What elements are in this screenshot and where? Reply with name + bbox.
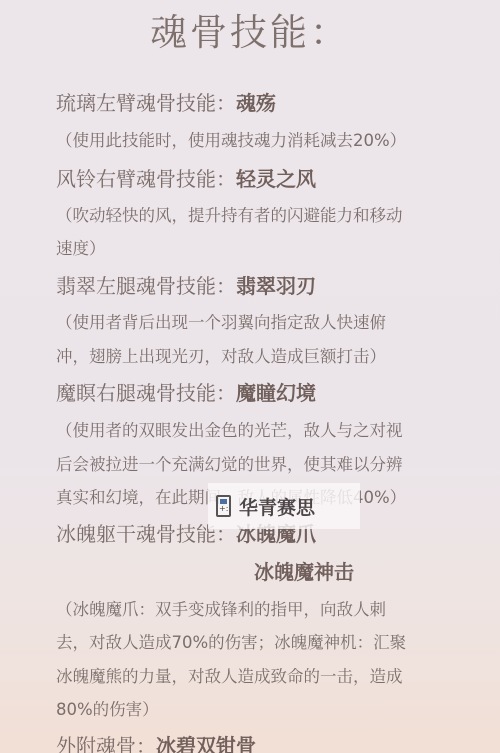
skill-name: 魔瞳幻境 — [236, 381, 316, 405]
skill-desc-line: （使用者的双眼发出金色的光芒，敌人与之对视 — [56, 417, 403, 441]
skill-heading: 琉璃左臂魂骨技能：魂殇 — [56, 87, 276, 116]
bone-label: 翡翠左腿魂骨技能： — [56, 274, 236, 298]
skill-desc-line: （使用者背后出现一个羽翼向指定敌人快速俯 — [56, 309, 386, 333]
skill-name: 冰碧双钳骨 — [156, 734, 256, 753]
skill-name: 魂殇 — [236, 91, 276, 115]
skill-heading-continued: 冰魄魔神击 — [254, 556, 354, 585]
skill-name: 翡翠羽刃 — [236, 274, 316, 298]
gameboy-icon — [216, 495, 231, 517]
skill-name: 冰魄魔神击 — [254, 560, 354, 584]
bone-label: 魔瞑右腿魂骨技能： — [56, 381, 236, 405]
skill-name: 轻灵之风 — [236, 167, 316, 191]
bone-label: 外附魂骨： — [56, 734, 156, 753]
skill-desc-line: （冰魄魔爪：双手变成锋利的指甲，向敌人刺 — [56, 596, 386, 620]
watermark: 华青赛思 — [208, 483, 360, 529]
skill-heading: 风铃右臂魂骨技能：轻灵之风 — [56, 163, 316, 192]
skill-desc-line: （吹动轻快的风，提升持有者的闪避能力和移动 — [56, 202, 403, 226]
skill-desc-line: 速度） — [56, 235, 106, 259]
skill-desc-line: 80%的伤害） — [56, 696, 159, 720]
skill-heading: 魔瞑右腿魂骨技能：魔瞳幻境 — [56, 377, 316, 406]
bone-label: 琉璃左臂魂骨技能： — [56, 91, 236, 115]
skill-desc-line: 冰魄魔熊的力量，对敌人造成致命的一击，造成 — [56, 663, 403, 687]
watermark-text: 华青赛思 — [239, 493, 315, 520]
skill-heading: 翡翠左腿魂骨技能：翡翠羽刃 — [56, 270, 316, 299]
bone-label: 风铃右臂魂骨技能： — [56, 167, 236, 191]
skill-heading: 外附魂骨：冰碧双钳骨 — [56, 730, 256, 753]
skill-desc-line: （使用此技能时，使用魂技魂力消耗减去20%） — [56, 127, 406, 151]
skill-desc-line: 冲，翅膀上出现光刃，对敌人造成巨额打击） — [56, 343, 386, 367]
skill-desc-line: 后会被拉进一个充满幻觉的世界，使其难以分辨 — [56, 451, 403, 475]
page-title: 魂骨技能： — [0, 2, 500, 56]
skill-desc-line: 去，对敌人造成70%的伤害；冰魄魔神机：汇聚 — [56, 629, 406, 653]
